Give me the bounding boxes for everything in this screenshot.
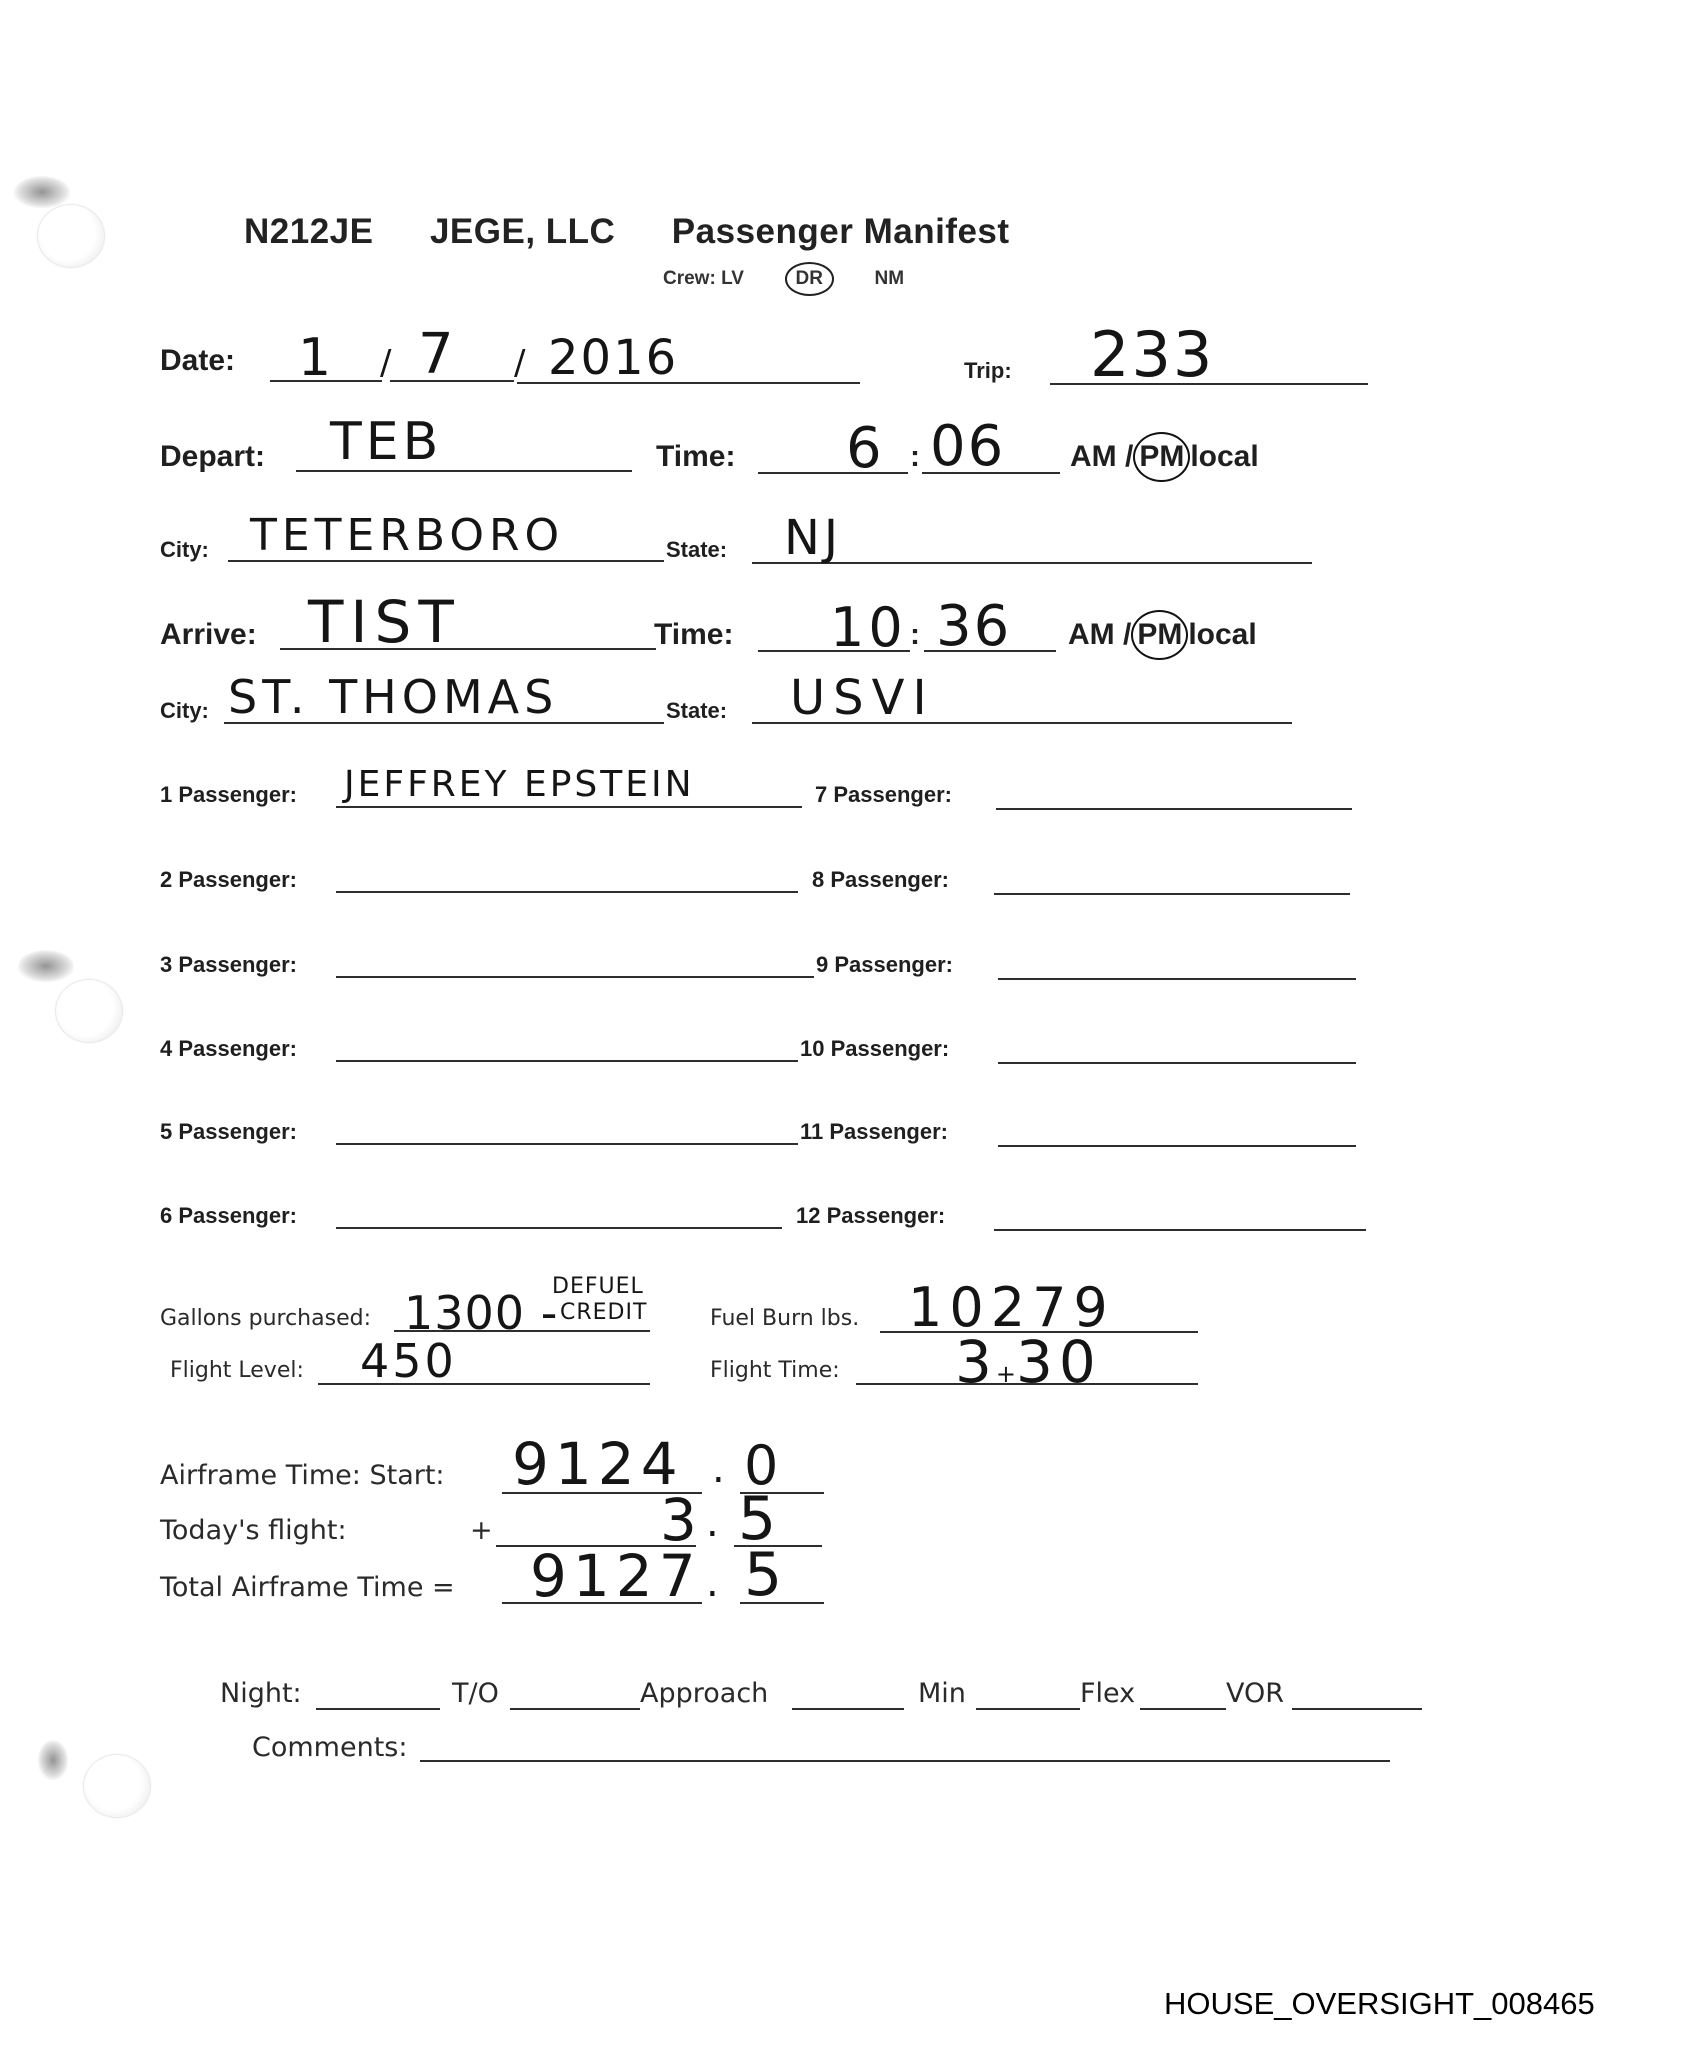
depart-minute[interactable]: 06 [930, 414, 1005, 479]
passenger-1-line[interactable] [336, 806, 802, 808]
passenger-1-label: 1 Passenger: [160, 782, 297, 808]
arrive-time-label: Time: [654, 618, 733, 652]
crew-row: Crew: LV DR NM [663, 262, 904, 296]
date-year[interactable]: 2016 [548, 330, 678, 386]
flight-time-sep: + [996, 1360, 1016, 1388]
form-title: Passenger Manifest [672, 212, 1010, 251]
passenger-2-line[interactable] [336, 891, 798, 893]
arrive-airport[interactable]: TIST [308, 588, 461, 656]
crew-nm: NM [875, 268, 905, 289]
punch-smudge [18, 950, 74, 982]
pm-option-circled[interactable]: PM [1131, 610, 1188, 660]
local-label: local [1190, 440, 1258, 473]
date-sep: / [514, 343, 529, 383]
trip-value[interactable]: 233 [1090, 318, 1214, 391]
passenger-8-label: 8 Passenger: [812, 867, 949, 893]
takeoff-line[interactable] [510, 1708, 640, 1710]
depart-time-label: Time: [656, 440, 735, 474]
arrive-city[interactable]: ST. THOMAS [228, 670, 558, 724]
plus-sign: + [470, 1515, 493, 1546]
airframe-start-label: Airframe Time: Start: [160, 1460, 445, 1491]
total-airframe-whole[interactable]: 9127 [530, 1542, 702, 1610]
depart-state-label: State: [666, 537, 727, 563]
depart-city-label: City: [160, 537, 209, 563]
flight-time-hours: 3 [955, 1328, 996, 1396]
gallons-label: Gallons purchased: [160, 1306, 371, 1331]
bates-number: HOUSE_OVERSIGHT_008465 [1164, 1986, 1595, 2022]
arrive-minute[interactable]: 36 [936, 594, 1011, 659]
arrive-state-label: State: [666, 698, 727, 724]
passenger-9-line[interactable] [998, 978, 1356, 980]
am-option[interactable]: AM / [1068, 618, 1131, 651]
takeoff-label: T/O [452, 1678, 499, 1709]
date-label: Date: [160, 344, 235, 378]
passenger-5-line[interactable] [336, 1143, 798, 1145]
passenger-11-label: 11 Passenger: [800, 1119, 948, 1145]
flight-level-value[interactable]: 450 [360, 1334, 457, 1388]
punch-smudge [38, 1740, 68, 1780]
arrive-state[interactable]: USVI [790, 670, 935, 726]
total-airframe-tenth[interactable]: 5 [744, 1540, 786, 1610]
crew-lv: LV [721, 268, 744, 289]
passenger-12-line[interactable] [994, 1229, 1366, 1231]
depart-state[interactable]: NJ [784, 510, 842, 566]
passenger-8-line[interactable] [994, 893, 1350, 895]
arrive-colon: : [910, 618, 920, 652]
am-option[interactable]: AM / [1070, 440, 1133, 473]
form-header: N212JE JEGE, LLC Passenger Manifest [244, 212, 1010, 252]
passenger-2-label: 2 Passenger: [160, 867, 297, 893]
depart-label: Depart: [160, 440, 265, 474]
passenger-3-line[interactable] [336, 976, 814, 978]
night-line[interactable] [316, 1708, 440, 1710]
passenger-9-label: 9 Passenger: [816, 952, 953, 978]
passenger-5-label: 5 Passenger: [160, 1119, 297, 1145]
tail-number: N212JE [244, 212, 373, 251]
passenger-3-label: 3 Passenger: [160, 952, 297, 978]
passenger-10-label: 10 Passenger: [800, 1036, 949, 1062]
date-sep: / [380, 343, 395, 383]
date-month[interactable]: 1 [298, 328, 335, 388]
crew-dr-circled[interactable]: DR [785, 262, 834, 296]
hole-punch-bottom [84, 1755, 150, 1817]
flight-level-label: Flight Level: [170, 1358, 304, 1383]
todays-flight-label: Today's flight: [160, 1515, 347, 1546]
airframe-dot: . [706, 1500, 723, 1546]
passenger-1-name[interactable]: JEFFREY EPSTEIN [344, 764, 695, 805]
trip-label: Trip: [964, 358, 1012, 384]
depart-hour[interactable]: 6 [846, 416, 886, 481]
approach-line[interactable] [792, 1708, 904, 1710]
flight-time-label: Flight Time: [710, 1358, 840, 1383]
passenger-4-label: 4 Passenger: [160, 1036, 297, 1062]
punch-smudge [14, 176, 70, 208]
gallons-note-credit: CREDIT [560, 1300, 647, 1325]
gallons-note-defuel: DEFUEL [552, 1274, 644, 1299]
passenger-6-line[interactable] [336, 1227, 782, 1229]
passenger-11-line[interactable] [998, 1145, 1356, 1147]
passenger-7-line[interactable] [996, 808, 1352, 810]
vor-line[interactable] [1292, 1708, 1422, 1710]
flex-label: Flex [1080, 1678, 1135, 1709]
airframe-dot: . [706, 1560, 723, 1606]
vor-label: VOR [1226, 1678, 1284, 1709]
depart-city[interactable]: TETERBORO [250, 510, 564, 561]
total-airframe-label: Total Airframe Time = [160, 1572, 455, 1603]
hole-punch-top [38, 205, 104, 267]
crew-label: Crew: [663, 268, 716, 289]
depart-colon: : [910, 440, 920, 474]
comments-label: Comments: [252, 1732, 407, 1763]
night-label: Night: [220, 1678, 302, 1709]
company-name: JEGE, LLC [430, 212, 615, 251]
airframe-dot: . [712, 1446, 729, 1492]
flight-time-minutes: 30 [1016, 1328, 1102, 1396]
depart-airport[interactable]: TEB [330, 412, 442, 472]
flight-time-value[interactable]: 3+30 [955, 1328, 1102, 1396]
depart-ampm: AM /PMlocal [1070, 440, 1259, 474]
passenger-6-label: 6 Passenger: [160, 1203, 297, 1229]
arrive-ampm: AM /PMlocal [1068, 618, 1257, 652]
local-label: local [1188, 618, 1256, 651]
passenger-10-line[interactable] [998, 1062, 1356, 1064]
passenger-7-label: 7 Passenger: [815, 782, 952, 808]
passenger-12-label: 12 Passenger: [796, 1203, 945, 1229]
pm-option-circled[interactable]: PM [1133, 432, 1190, 482]
arrive-city-label: City: [160, 698, 209, 724]
flex-line[interactable] [1140, 1708, 1226, 1710]
fuel-burn-label: Fuel Burn lbs. [710, 1306, 859, 1331]
hole-punch-middle [56, 980, 122, 1042]
min-line[interactable] [976, 1708, 1080, 1710]
comments-line[interactable] [420, 1760, 1390, 1762]
arrive-hour[interactable]: 10 [830, 596, 907, 659]
airframe-start-whole[interactable]: 9124 [512, 1430, 684, 1498]
date-day[interactable]: 7 [418, 322, 458, 387]
passenger-4-line[interactable] [336, 1060, 798, 1062]
approach-label: Approach [640, 1678, 768, 1709]
min-label: Min [918, 1678, 966, 1709]
gallons-value[interactable]: 1300 - [404, 1286, 558, 1340]
arrive-label: Arrive: [160, 618, 257, 652]
